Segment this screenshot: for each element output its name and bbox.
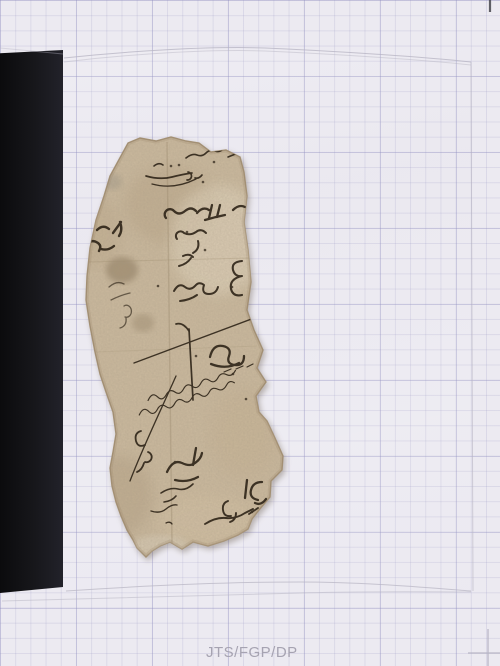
photo-canvas: JTS/FGP/DP [0, 0, 500, 666]
bottom-right-cross-mark [468, 629, 500, 666]
watermark: JTS/FGP/DP [206, 644, 298, 661]
registration-marks [0, 0, 500, 666]
